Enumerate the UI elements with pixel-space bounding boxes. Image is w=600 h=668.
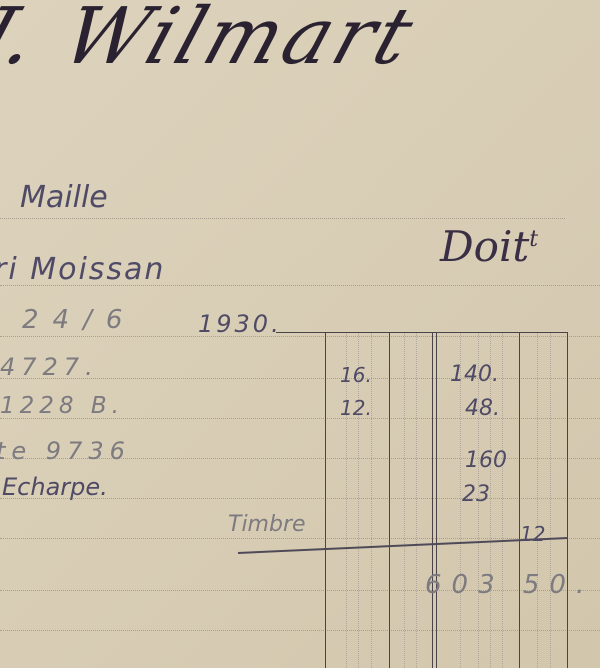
ruled-line: [0, 336, 600, 337]
column-divider: [389, 333, 390, 668]
item-ref: Echarpe.: [2, 473, 108, 501]
doit-text: Doit: [440, 222, 529, 271]
column-guide: [416, 333, 417, 668]
item-ref: 1228 B.: [0, 393, 124, 419]
ruled-line: [0, 218, 565, 219]
table-top-rule: [276, 332, 568, 333]
column-divider: [567, 333, 568, 668]
letterhead-name: J. Wilmart: [0, 0, 427, 82]
stamp-amount: 12: [520, 522, 545, 546]
item-amount: 23: [462, 482, 490, 507]
column-divider: [325, 333, 326, 668]
date-year: 1930.: [198, 310, 282, 338]
item-ref: 4727.: [0, 353, 99, 381]
recipient-line-1: Maille: [20, 180, 108, 215]
column-divider: [436, 333, 437, 668]
stamp-label: Timbre: [228, 512, 306, 537]
column-guide: [537, 333, 538, 668]
item-amount: 160: [465, 448, 507, 473]
date-day-month: 24/6: [22, 305, 136, 335]
column-divider: [519, 333, 520, 668]
doit-label: Doitt: [440, 222, 538, 271]
item-amount: 140.: [450, 362, 499, 387]
column-divider: [432, 333, 433, 668]
total-amount: 603 50.: [425, 570, 594, 600]
recipient-line-2: ri Moissan: [0, 252, 165, 287]
item-amount: 48.: [465, 396, 500, 421]
item-qty: 12.: [340, 396, 372, 420]
item-ref: te 9736: [0, 437, 131, 465]
column-guide: [502, 333, 503, 668]
item-qty: 16.: [340, 363, 372, 387]
column-guide: [550, 333, 551, 668]
ruled-line: [0, 630, 600, 631]
column-guide: [404, 333, 405, 668]
